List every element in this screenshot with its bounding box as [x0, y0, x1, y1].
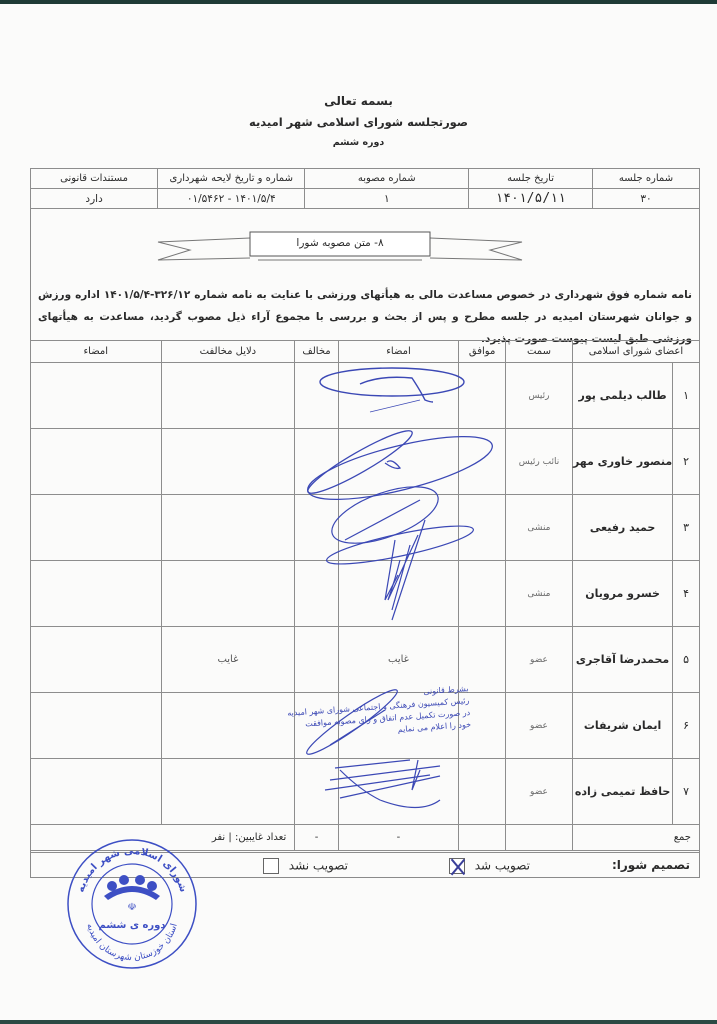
legal-documents: دارد — [31, 189, 158, 209]
rejected-option[interactable]: تصویب نشد — [263, 858, 348, 874]
rejected-label: تصویب نشد — [289, 859, 348, 873]
member-name: محمدرضا آقاجری — [572, 627, 672, 693]
signature-cell — [338, 363, 458, 429]
oppose-cell — [295, 627, 338, 693]
member-row: ۷ حافظ تمیمی زاده عضو — [31, 759, 700, 825]
total-label: جمع — [572, 825, 699, 851]
agree-cell — [459, 495, 506, 561]
header-session-number: شماره جلسه — [592, 169, 699, 189]
signature2-cell — [31, 693, 162, 759]
member-position: عضو — [506, 693, 573, 759]
meta-header-row: شماره جلسه تاریخ جلسه شماره مصوبه شماره … — [31, 169, 700, 189]
member-row: ۴ خسرو مرویان منشی — [31, 561, 700, 627]
header-bill-number-date: شماره و تاریخ لایحه شهرداری — [158, 169, 305, 189]
scan-top-edge — [0, 0, 717, 4]
total-agree — [459, 825, 506, 851]
signature-cell — [338, 561, 458, 627]
decision-label: تصمیم شورا: — [612, 858, 690, 872]
approved-option[interactable]: تصویب شد — [449, 858, 530, 874]
resolution-number: ۱ — [305, 189, 469, 209]
member-number: ۷ — [673, 759, 700, 825]
col-oppose-reasons: دلایل مخالفت — [161, 341, 295, 363]
signature2-cell — [31, 429, 162, 495]
signature2-cell — [31, 627, 162, 693]
reasons-cell: غایب — [161, 627, 295, 693]
oppose-cell — [295, 495, 338, 561]
member-row: ۳ حمید رفیعی منشی — [31, 495, 700, 561]
reasons-cell — [161, 495, 295, 561]
meta-value-row: ۳۰ ۱۴۰۱/۵/۱۱ ۱ ۱۴۰۱/۵/۴ - ۰۱/۵۴۶۲ دارد — [31, 189, 700, 209]
member-number: ۴ — [673, 561, 700, 627]
header-legal-documents: مستندات قانونی — [31, 169, 158, 189]
signature2-cell — [31, 495, 162, 561]
agree-cell — [459, 561, 506, 627]
col-signature-2: امضاء — [31, 341, 162, 363]
rejected-checkbox[interactable] — [263, 858, 279, 874]
member-number: ۶ — [673, 693, 700, 759]
ribbon-label: ۸- متن مصوبه شورا — [250, 232, 430, 254]
total-signature: - — [338, 825, 458, 851]
oppose-cell — [295, 363, 338, 429]
council-term: دوره ششم — [0, 137, 717, 148]
stamp-center-text: دوره ی ششم — [99, 920, 166, 931]
member-name: حافظ تمیمی زاده — [572, 759, 672, 825]
member-name: ایمان شریفات — [572, 693, 672, 759]
member-name: طالب دیلمی پور — [572, 363, 672, 429]
member-number: ۲ — [673, 429, 700, 495]
member-row: ۲ منصور خاوری مهر نائب رئیس — [31, 429, 700, 495]
resolution-ribbon: ۸- متن مصوبه شورا — [150, 228, 530, 262]
member-row: ۱ طالب دیلمی پور رئیس — [31, 363, 700, 429]
signature2-cell — [31, 561, 162, 627]
member-position: نائب رئیس — [506, 429, 573, 495]
col-members: اعضای شورای اسلامی — [572, 341, 699, 363]
oppose-cell — [295, 759, 338, 825]
col-signature: امضاء — [338, 341, 458, 363]
bill-number-date: ۱۴۰۱/۵/۴ - ۰۱/۵۴۶۲ — [158, 189, 305, 209]
signature2-cell — [31, 759, 162, 825]
session-date: ۱۴۰۱/۵/۱۱ — [469, 189, 593, 209]
member-position: منشی — [506, 495, 573, 561]
members-vote-table: اعضای شورای اسلامی سمت موافق امضاء مخالف… — [30, 340, 700, 851]
member-row: ۵ محمدرضا آقاجری عضو غایب غایب — [31, 627, 700, 693]
scan-bottom-edge — [0, 1020, 717, 1024]
agree-cell — [459, 429, 506, 495]
col-position: سمت — [506, 341, 573, 363]
signature2-cell — [31, 363, 162, 429]
member-position: عضو — [506, 627, 573, 693]
member-position: منشی — [506, 561, 573, 627]
member-name: منصور خاوری مهر — [572, 429, 672, 495]
invocation: بسمه تعالی — [0, 94, 717, 108]
member-number: ۱ — [673, 363, 700, 429]
reasons-cell — [161, 561, 295, 627]
signature-cell — [338, 495, 458, 561]
header-session-date: تاریخ جلسه — [469, 169, 593, 189]
header-resolution-number: شماره مصوبه — [305, 169, 469, 189]
signature-cell — [338, 759, 458, 825]
total-oppose: - — [295, 825, 338, 851]
session-meta-table: شماره جلسه تاریخ جلسه شماره مصوبه شماره … — [30, 168, 700, 209]
member-name: خسرو مرویان — [572, 561, 672, 627]
council-stamp: شورای اسلامی شهر امیدیه استان خوزستان شه… — [64, 836, 200, 976]
oppose-cell — [295, 561, 338, 627]
signature-cell — [338, 429, 458, 495]
approved-checkbox[interactable] — [449, 858, 465, 874]
document-title: صورتجلسه شورای اسلامی شهر امیدیه — [0, 115, 717, 129]
council-seal-icon: شورای اسلامی شهر امیدیه استان خوزستان شه… — [64, 836, 200, 972]
member-number: ۵ — [673, 627, 700, 693]
reasons-cell — [161, 759, 295, 825]
svg-text:☫: ☫ — [128, 902, 137, 913]
member-name: حمید رفیعی — [572, 495, 672, 561]
col-oppose: مخالف — [295, 341, 338, 363]
agree-cell — [459, 759, 506, 825]
member-position: عضو — [506, 759, 573, 825]
reasons-cell — [161, 429, 295, 495]
total-spacer — [506, 825, 573, 851]
signature-cell: غایب — [338, 627, 458, 693]
member-position: رئیس — [506, 363, 573, 429]
oppose-cell — [295, 429, 338, 495]
agree-cell — [459, 363, 506, 429]
reasons-cell — [161, 363, 295, 429]
member-number: ۳ — [673, 495, 700, 561]
col-agree: موافق — [459, 341, 506, 363]
approved-label: تصویب شد — [475, 859, 530, 873]
session-number: ۳۰ — [592, 189, 699, 209]
members-header-row: اعضای شورای اسلامی سمت موافق امضاء مخالف… — [31, 341, 700, 363]
